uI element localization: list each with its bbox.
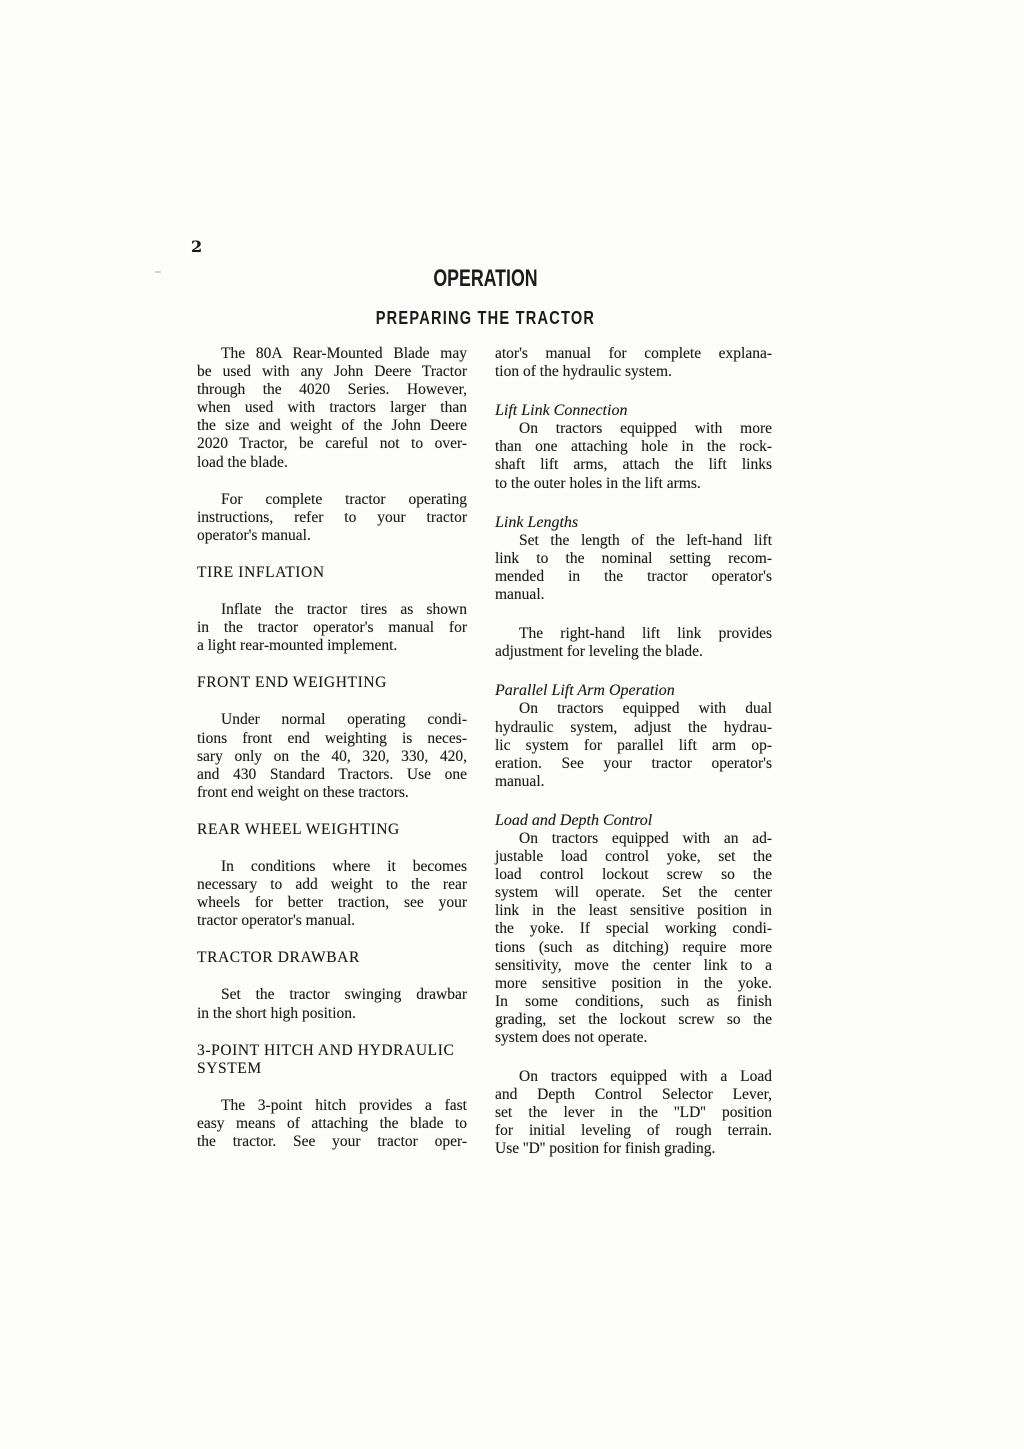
subsection-heading: Parallel Lift Arm Operation [495, 682, 772, 700]
text-line: In some conditions, such as finish [495, 993, 772, 1011]
section-heading: FRONT END WEIGHTING [197, 674, 467, 692]
text-line: the yoke. If special working condi- [495, 920, 772, 938]
paragraph: Under normal operating condi-tions front… [197, 711, 467, 801]
text-line: wheels for better traction, see your [197, 894, 467, 912]
left-column: The 80A Rear-Mounted Blade maybe used wi… [197, 345, 467, 1151]
section-subtitle-text: PREPARING THE TRACTOR [375, 308, 594, 328]
text-line: On tractors equipped with a Load [495, 1068, 772, 1086]
text-line: lic system for parallel lift arm op- [495, 737, 772, 755]
text-line: mended in the tractor operator's [495, 568, 772, 586]
paragraph: The 3-point hitch provides a fasteasy me… [197, 1097, 467, 1151]
text-line: Set the tractor swinging drawbar [197, 986, 467, 1004]
paragraph: Set the length of the left-hand liftlink… [495, 532, 772, 604]
text-line: 2020 Tractor, be careful not to over- [197, 435, 467, 453]
text-line: and 430 Standard Tractors. Use one [197, 766, 467, 784]
text-line: to the outer holes in the lift arms. [495, 475, 772, 493]
text-line: 3-POINT HITCH AND HYDRAULIC [197, 1042, 467, 1060]
paragraph: On tractors equipped with an ad-justable… [495, 830, 772, 1047]
paragraph: On tractors equipped with dualhydraulic … [495, 700, 772, 790]
text-line: manual. [495, 586, 772, 604]
paragraph: The 80A Rear-Mounted Blade maybe used wi… [197, 345, 467, 472]
text-line: FRONT END WEIGHTING [197, 674, 467, 692]
text-line: Under normal operating condi- [197, 711, 467, 729]
text-line: the size and weight of the John Deere [197, 417, 467, 435]
text-line: grading, set the lockout screw so the [495, 1011, 772, 1029]
page-title: OPERATION [197, 266, 773, 292]
text-line: system does not operate. [495, 1029, 772, 1047]
paragraph: Inflate the tractor tires as shownin the… [197, 601, 467, 655]
text-line: In conditions where it becomes [197, 858, 467, 876]
text-line: set the lever in the ''LD'' position [495, 1104, 772, 1122]
text-line: than one attaching hole in the rock- [495, 438, 772, 456]
section-heading: TRACTOR DRAWBAR [197, 949, 467, 967]
text-line: front end weight on these tractors. [197, 784, 467, 802]
text-line: link in the least sensitive position in [495, 902, 772, 920]
text-line: TIRE INFLATION [197, 564, 467, 582]
text-line: manual. [495, 773, 772, 791]
paragraph: On tractors equipped with morethan one a… [495, 420, 772, 492]
text-line: Use ''D'' position for finish grading. [495, 1140, 772, 1158]
text-line: hydraulic system, adjust the hydrau- [495, 719, 772, 737]
text-line: link to the nominal setting recom- [495, 550, 772, 568]
text-line: necessary to add weight to the rear [197, 876, 467, 894]
text-line: in the short high position. [197, 1005, 467, 1023]
subsection-heading: Load and Depth Control [495, 812, 772, 830]
text-line: Parallel Lift Arm Operation [495, 682, 772, 700]
text-line: tractor operator's manual. [197, 912, 467, 930]
text-line: load control lockout screw so the [495, 866, 772, 884]
text-line: Link Lengths [495, 514, 772, 532]
text-line: On tractors equipped with dual [495, 700, 772, 718]
paragraph: Set the tractor swinging drawbarin the s… [197, 986, 467, 1022]
paragraph: The right-hand lift link providesadjustm… [495, 625, 772, 661]
text-line: a light rear-mounted implement. [197, 637, 467, 655]
text-line: Set the length of the left-hand lift [495, 532, 772, 550]
text-line: and Depth Control Selector Lever, [495, 1086, 772, 1104]
text-line: more sensitive position in the yoke. [495, 975, 772, 993]
text-line: tion of the hydraulic system. [495, 363, 772, 381]
section-heading: 3-POINT HITCH AND HYDRAULICSYSTEM [197, 1042, 467, 1078]
paragraph: On tractors equipped with a Loadand Dept… [495, 1068, 772, 1158]
subsection-heading: Link Lengths [495, 514, 772, 532]
text-line: be used with any John Deere Tractor [197, 363, 467, 381]
text-line: through the 4020 Series. However, [197, 381, 467, 399]
subsection-heading: Lift Link Connection [495, 402, 772, 420]
section-subtitle: PREPARING THE TRACTOR [197, 308, 773, 328]
page-number: 2 [191, 237, 202, 256]
paragraph: ator's manual for complete explana-tion … [495, 345, 772, 381]
paragraph: In conditions where it becomesnecessary … [197, 858, 467, 930]
text-line: load the blade. [197, 454, 467, 472]
text-line: the tractor. See your tractor oper- [197, 1133, 467, 1151]
text-line: shaft lift arms, attach the lift links [495, 456, 772, 474]
text-line: SYSTEM [197, 1060, 467, 1078]
paragraph: For complete tractor operatinginstructio… [197, 491, 467, 545]
text-line: The 80A Rear-Mounted Blade may [197, 345, 467, 363]
text-line: eration. See your tractor operator's [495, 755, 772, 773]
page-title-text: OPERATION [433, 266, 537, 292]
text-line: sensitivity, move the center link to a [495, 957, 772, 975]
text-line: Load and Depth Control [495, 812, 772, 830]
section-heading: REAR WHEEL WEIGHTING [197, 821, 467, 839]
text-line: tions front end weighting is neces- [197, 730, 467, 748]
text-line: easy means of attaching the blade to [197, 1115, 467, 1133]
text-line: TRACTOR DRAWBAR [197, 949, 467, 967]
text-line: operator's manual. [197, 527, 467, 545]
text-line: when used with tractors larger than [197, 399, 467, 417]
text-line: sary only on the 40, 320, 330, 420, [197, 748, 467, 766]
text-line: ator's manual for complete explana- [495, 345, 772, 363]
text-line: system will operate. Set the center [495, 884, 772, 902]
text-line: tions (such as ditching) require more [495, 939, 772, 957]
text-line: for initial leveling of rough terrain. [495, 1122, 772, 1140]
text-line: instructions, refer to your tractor [197, 509, 467, 527]
text-line: Lift Link Connection [495, 402, 772, 420]
text-line: justable load control yoke, set the [495, 848, 772, 866]
text-line: The 3-point hitch provides a fast [197, 1097, 467, 1115]
section-heading: TIRE INFLATION [197, 564, 467, 582]
text-line: adjustment for leveling the blade. [495, 643, 772, 661]
right-column: ator's manual for complete explana-tion … [495, 345, 772, 1159]
text-line: in the tractor operator's manual for [197, 619, 467, 637]
text-line: The right-hand lift link provides [495, 625, 772, 643]
text-line: Inflate the tractor tires as shown [197, 601, 467, 619]
text-line: On tractors equipped with more [495, 420, 772, 438]
text-line: For complete tractor operating [197, 491, 467, 509]
text-line: On tractors equipped with an ad- [495, 830, 772, 848]
scan-speck [155, 271, 161, 273]
text-line: REAR WHEEL WEIGHTING [197, 821, 467, 839]
